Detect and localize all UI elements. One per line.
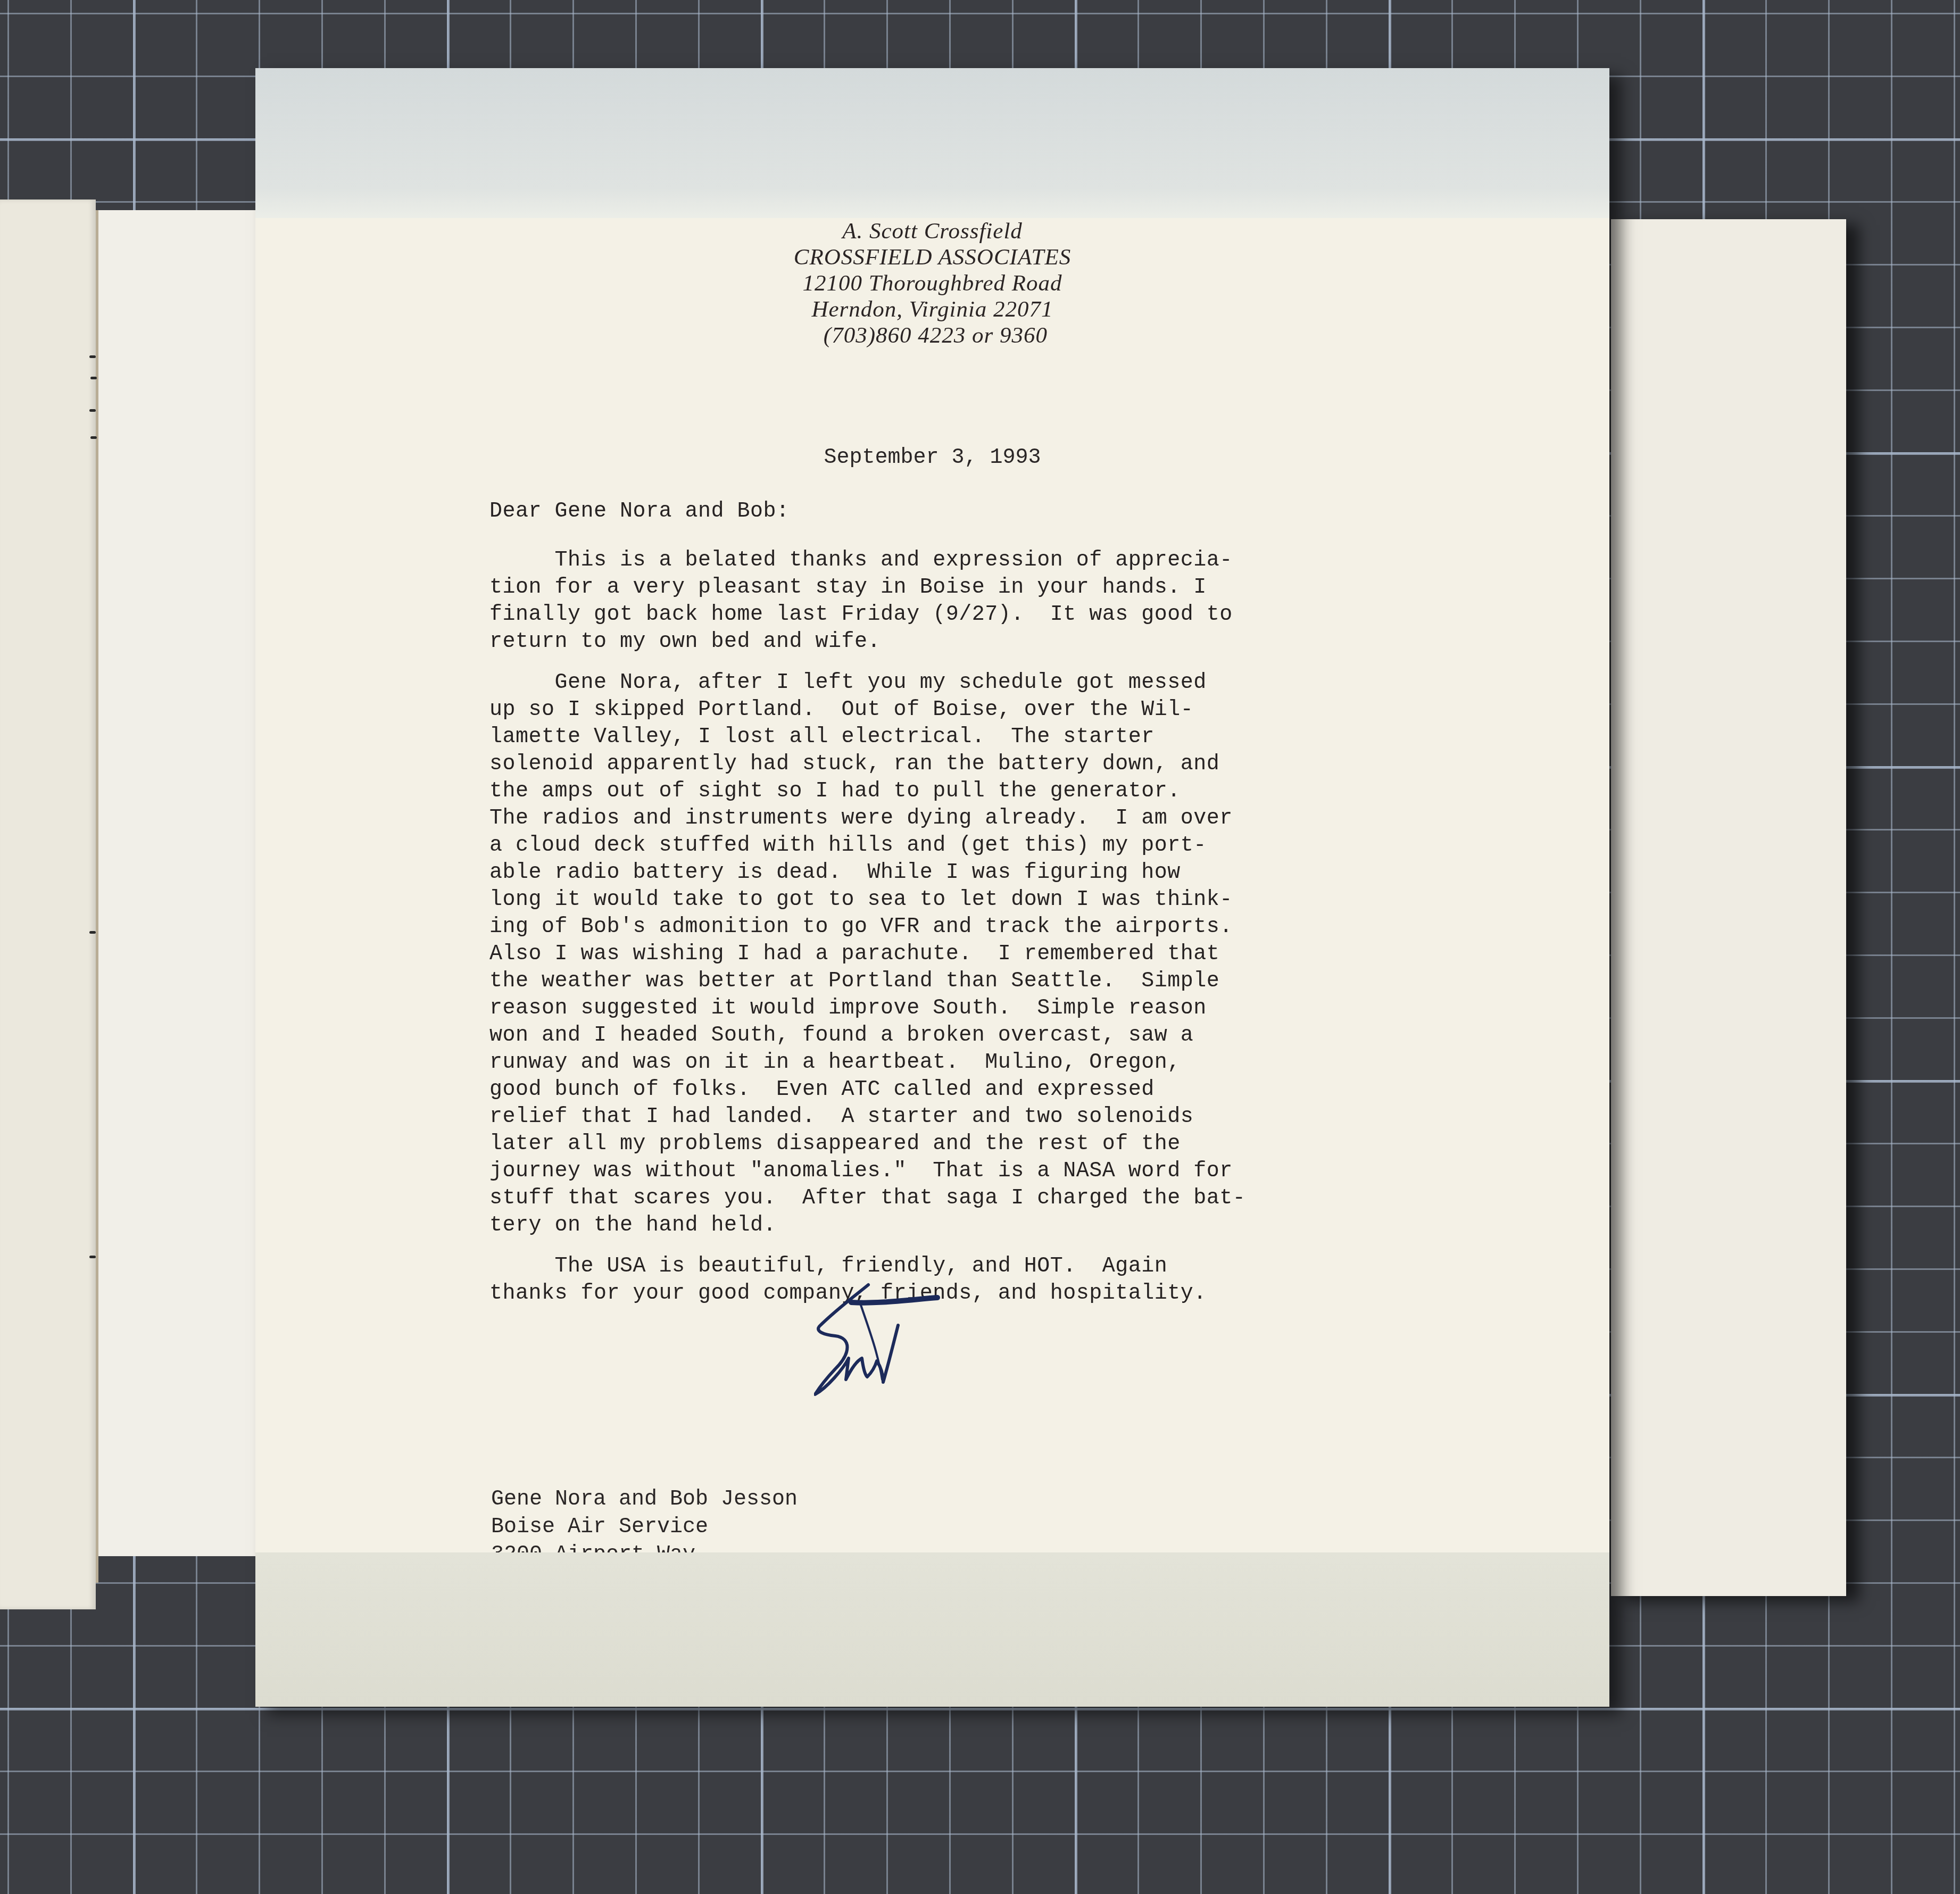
paragraph: This is a belated thanks and expression … <box>489 547 1415 655</box>
letter-body: Dear Gene Nora and Bob: This is a belate… <box>489 498 1415 1321</box>
paragraph-line: tion for a very pleasant stay in Boise i… <box>489 574 1415 601</box>
paragraph-line: journey was without "anomalies." That is… <box>489 1158 1415 1185</box>
recipient-address: Gene Nora and Bob Jesson Boise Air Servi… <box>491 1486 798 1597</box>
paragraph-line: reason suggested it would improve South.… <box>489 995 1415 1022</box>
recipient-company: Boise Air Service <box>491 1514 798 1541</box>
paragraph-line: runway and was on it in a heartbeat. Mul… <box>489 1049 1415 1076</box>
paragraph-line: finally got back home last Friday (9/27)… <box>489 601 1415 628</box>
paragraph-line: tery on the hand held. <box>489 1212 1415 1239</box>
stitch-mark <box>90 436 97 439</box>
paragraph-line: This is a belated thanks and expression … <box>489 547 1415 574</box>
recipient-names: Gene Nora and Bob Jesson <box>491 1486 798 1514</box>
paragraph-line: solenoid apparently had stuck, ran the b… <box>489 751 1415 778</box>
letterhead: A. Scott Crossfield CROSSFIELD ASSOCIATE… <box>255 218 1609 348</box>
paragraph-line: a cloud deck stuffed with hills and (get… <box>489 832 1415 859</box>
paragraph-line: Also I was wishing I had a parachute. I … <box>489 941 1415 968</box>
letter-date: September 3, 1993 <box>255 446 1609 470</box>
handwritten-signature <box>814 1273 1059 1401</box>
stitch-mark <box>90 377 97 379</box>
paragraph-line: stuff that scares you. After that saga I… <box>489 1185 1415 1212</box>
paragraph-line: ing of Bob's admonition to go VFR and tr… <box>489 913 1415 941</box>
paragraph-line: return to my own bed and wife. <box>489 628 1415 655</box>
paragraph-line: won and I headed South, found a broken o… <box>489 1022 1415 1049</box>
recipient-street: 3200 Airport Way <box>491 1541 798 1569</box>
stitch-mark <box>89 1256 96 1258</box>
paragraph-line: relief that I had landed. A starter and … <box>489 1103 1415 1131</box>
letterhead-phone: (703)860 4223 or 9360 <box>255 322 1609 348</box>
backing-card <box>1611 219 1846 1596</box>
letterhead-name: A. Scott Crossfield <box>255 218 1609 244</box>
recipient-city: Boise, Idaho 83705 <box>491 1569 798 1597</box>
letterhead-city: Herndon, Virginia 22071 <box>255 296 1609 322</box>
stitch-mark <box>89 931 96 934</box>
paragraph-line: good bunch of folks. Even ATC called and… <box>489 1076 1415 1103</box>
stitch-mark <box>89 409 96 412</box>
letterhead-street: 12100 Thoroughbred Road <box>255 270 1609 296</box>
paragraph-line: lamette Valley, I lost all electrical. T… <box>489 724 1415 751</box>
paragraph-line: Gene Nora, after I left you my schedule … <box>489 669 1415 696</box>
paragraph-line: later all my problems disappeared and th… <box>489 1131 1415 1158</box>
paragraph-line: long it would take to got to sea to let … <box>489 886 1415 913</box>
paragraph: Gene Nora, after I left you my schedule … <box>489 669 1415 1239</box>
paragraph-line: the amps out of sight so I had to pull t… <box>489 778 1415 805</box>
paragraph-line: The radios and instruments were dying al… <box>489 805 1415 832</box>
booklet-left-page <box>0 200 96 1609</box>
paragraph-line: up so I skipped Portland. Out of Boise, … <box>489 696 1415 724</box>
booklet-right-page <box>98 210 258 1556</box>
salutation: Dear Gene Nora and Bob: <box>489 498 1415 525</box>
paragraph-line: able radio battery is dead. While I was … <box>489 859 1415 886</box>
letter-sheet: A. Scott Crossfield CROSSFIELD ASSOCIATE… <box>255 68 1609 1707</box>
paragraph-line: the weather was better at Portland than … <box>489 968 1415 995</box>
stitch-mark <box>89 355 96 358</box>
letterhead-company: CROSSFIELD ASSOCIATES <box>255 244 1609 270</box>
